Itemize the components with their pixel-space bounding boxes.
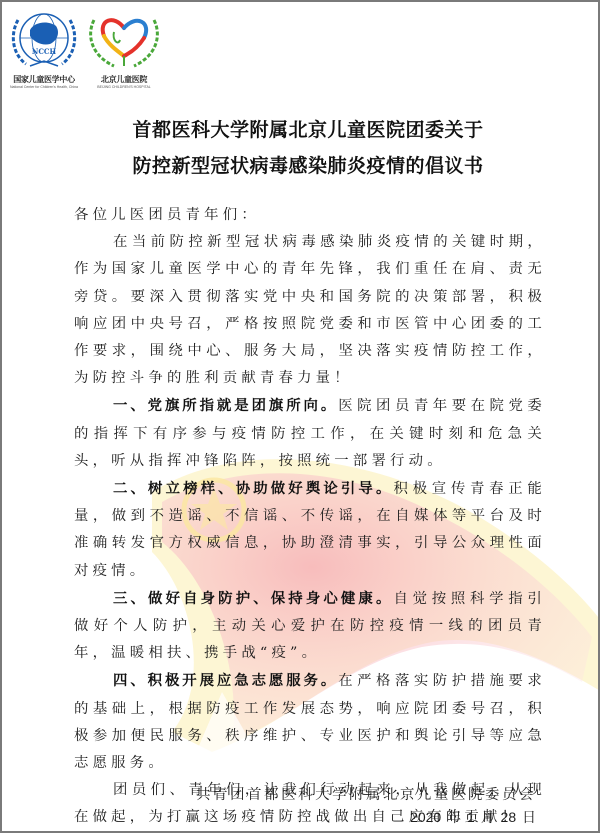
bch-heart-emblem-icon: [84, 6, 164, 72]
nccm-emblem-icon: NCCH: [8, 6, 80, 72]
paragraph-point-1: 一、党旗所指就是团旗所向。医院团员青年要在院党委的指挥下有序参与疫情防控工作，在…: [74, 392, 546, 475]
logo-group: NCCH 国家儿童医学中心 National Center for Childr…: [6, 6, 166, 96]
document-title-line-2: 防控新型冠状病毒感染肺炎疫情的倡议书: [2, 151, 600, 178]
paragraph-point-3: 三、做好自身防护、保持身心健康。自觉按照科学指引做好个人防护，主动关心爱护在防控…: [74, 585, 546, 668]
paragraph-point-4: 四、积极开展应急志愿服务。在严格落实防护措施要求的基础上，根据防疫工作发展态势，…: [74, 667, 546, 777]
point-3-heading: 三、做好自身防护、保持身心健康。: [113, 590, 393, 607]
paragraph-point-2: 二、树立榜样、协助做好舆论引导。积极宣传青春正能量，做到不造谣、不信谣、不传谣，…: [74, 475, 546, 585]
svg-text:NCCH: NCCH: [32, 47, 57, 56]
document-page: NCCH 国家儿童医学中心 National Center for Childr…: [0, 0, 600, 833]
bch-logo: 北京儿童医院 BEIJING CHILDREN'S HOSPITAL: [84, 6, 164, 94]
nccm-name-en: National Center for Children's Health, C…: [8, 85, 80, 89]
document-title-line-1: 首都医科大学附属北京儿童医院团委关于: [2, 115, 600, 142]
signature-organization: 共青团首都医科大学附属北京儿童医院委员会: [196, 783, 536, 804]
bch-name-en: BEIJING CHILDREN'S HOSPITAL: [84, 85, 164, 89]
nccm-logo: NCCH 国家儿童医学中心 National Center for Childr…: [8, 6, 80, 94]
salutation: 各位儿医团员青年们：: [74, 202, 546, 229]
paragraph-intro: 在当前防控新型冠状病毒感染肺炎疫情的关键时期，作为国家儿童医学中心的青年先锋，我…: [74, 229, 546, 392]
nccm-name-cn: 国家儿童医学中心: [8, 74, 80, 85]
bch-name-cn: 北京儿童医院: [84, 74, 164, 85]
document-body: 各位儿医团员青年们： 在当前防控新型冠状病毒感染肺炎疫情的关键时期，作为国家儿童…: [74, 202, 546, 832]
point-2-heading: 二、树立榜样、协助做好舆论引导。: [113, 480, 393, 497]
signature-date: 2020 年 1 月 28 日: [410, 807, 536, 827]
point-4-heading: 四、积极开展应急志愿服务。: [113, 672, 338, 689]
paragraph-intro-text: 在当前防控新型冠状病毒感染肺炎疫情的关键时期，作为国家儿童医学中心的青年先锋，我…: [74, 234, 546, 386]
point-1-heading: 一、党旗所指就是团旗所向。: [113, 397, 338, 414]
